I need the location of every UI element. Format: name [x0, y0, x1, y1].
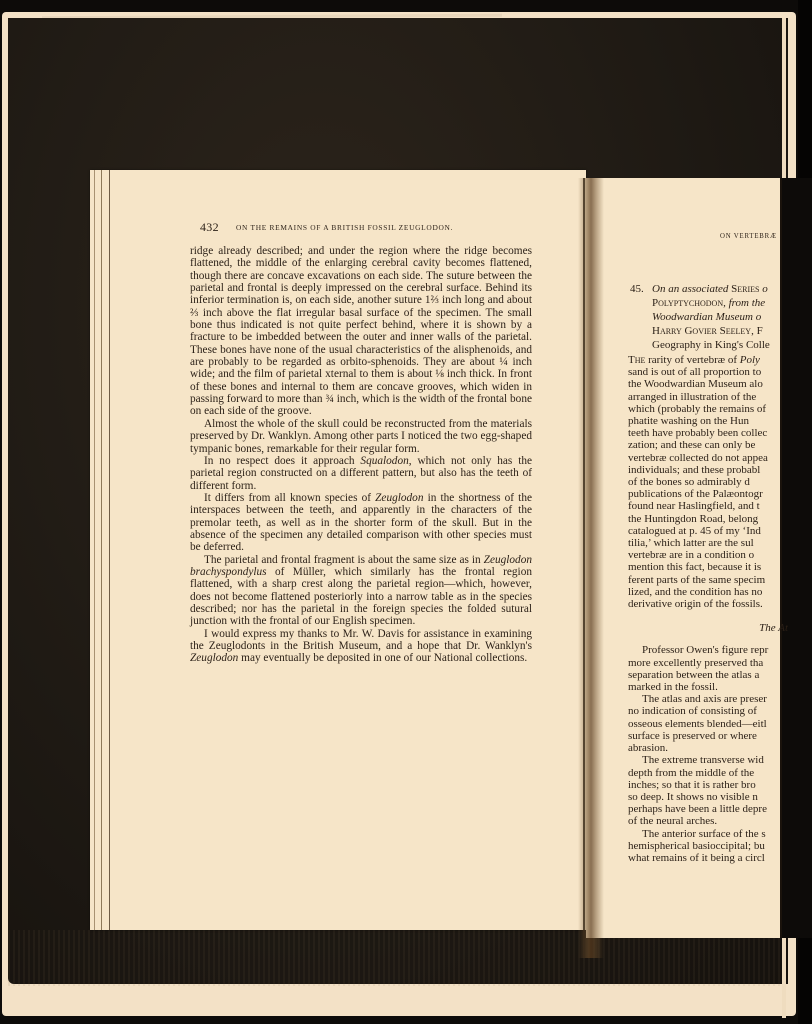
text-run: arranged in illustration of the	[628, 391, 756, 403]
text-run: teeth have probably been collec	[628, 427, 767, 439]
text-run: derivative origin of the fossils.	[628, 598, 763, 610]
title-line: Geography in King's Colle	[630, 338, 780, 352]
text-line: vertebræ are in a condition o	[628, 549, 788, 561]
text-run: of the bones so admirably d	[628, 476, 750, 488]
text-line: The anterior surface of the s	[628, 828, 788, 840]
text-run: On an associated	[652, 283, 731, 295]
text-run: more excellently preserved tha	[628, 657, 763, 669]
board-texture	[8, 930, 788, 986]
italic-text: Squalodon	[360, 455, 408, 467]
text-run: phatite washing on the Hun	[628, 415, 749, 427]
text-run: Harry Govier Seeley	[652, 325, 751, 337]
text-run: The anterior surface of the s	[642, 828, 766, 840]
section-heading: The At	[628, 622, 788, 634]
text-line: surface is preserved or where	[628, 730, 788, 742]
page-number: 432	[200, 220, 219, 235]
paragraph: The parietal and frontal fragment is abo…	[190, 554, 532, 628]
text-line: marked in the fossil.	[628, 681, 788, 693]
text-run: The parietal and frontal fragment is abo…	[204, 554, 484, 566]
text-run: ferent parts of the same specim	[628, 574, 765, 586]
article-title: 45.On an associated Series oPolyptychodo…	[630, 282, 780, 352]
paragraph: I would express my thanks to Mr. W. Davi…	[190, 628, 532, 665]
text-run: publications of the Palæontogr	[628, 488, 763, 500]
gutter-fold	[583, 178, 585, 958]
text-run: the Huntingdon Road, belong	[628, 513, 758, 525]
text-line: phatite washing on the Hun	[628, 415, 788, 427]
text-run: Woodwardian Museum o	[652, 311, 761, 323]
text-run: so deep. It shows no visible n	[628, 791, 758, 803]
text-line: what remains of it being a circl	[628, 852, 788, 864]
text-line: the Woodwardian Museum alo	[628, 378, 788, 390]
text-line: depth from the middle of the	[628, 767, 788, 779]
paragraph: ridge already described; and under the r…	[190, 245, 532, 418]
text-run: abrasion.	[628, 742, 668, 754]
text-line: tilia,’ which latter are the sul	[628, 537, 788, 549]
right-running-head: ON VERTEBRÆ	[720, 233, 777, 240]
text-run: Series	[731, 283, 759, 295]
running-head: ON THE REMAINS OF A BRITISH FOSSIL ZEUGL…	[236, 223, 453, 232]
text-line: of the neural arches.	[628, 815, 788, 827]
text-line: separation between the atlas a	[628, 669, 788, 681]
book-gutter	[578, 178, 604, 958]
text-line: ferent parts of the same specim	[628, 574, 788, 586]
text-line: no indication of consisting of	[628, 705, 788, 717]
text-line: perhaps have been a little depre	[628, 803, 788, 815]
text-line: catalogued at p. 45 of my ‘Ind	[628, 525, 788, 537]
italic-text: Zeuglodon	[190, 652, 238, 664]
title-line: Woodwardian Museum o	[630, 310, 780, 324]
italic-text: Zeuglodon	[375, 492, 423, 504]
text-line: The extreme transverse wid	[628, 754, 788, 766]
text-line: individuals; and these probabl	[628, 464, 788, 476]
text-run: zation; and these can only be	[628, 439, 755, 451]
title-line: 45.On an associated Series o	[630, 282, 780, 296]
text-run: lized, and the condition has no	[628, 586, 762, 598]
text-run: what remains of it being a circl	[628, 852, 765, 864]
text-run: marked in the fossil.	[628, 681, 718, 693]
text-line: Professor Owen's figure repr	[628, 644, 788, 656]
text-run: I would express my thanks to Mr. W. Davi…	[190, 628, 532, 652]
page-stack-edges	[94, 170, 110, 930]
text-run: which (probably the remains of	[628, 403, 766, 415]
paragraph: Almost the whole of the skull could be r…	[190, 418, 532, 455]
text-run: the Woodwardian Museum alo	[628, 378, 763, 390]
text-run: Polyptychodon	[652, 297, 723, 309]
text-line: abrasion.	[628, 742, 788, 754]
text-run: depth from the middle of the	[628, 767, 754, 779]
text-run: Geography in King's Colle	[652, 339, 770, 351]
text-line: found near Haslingfield, and t	[628, 500, 788, 512]
text-run: ridge already described; and under the r…	[190, 245, 532, 417]
text-run: catalogued at p. 45 of my ‘Ind	[628, 525, 761, 537]
text-line: The atlas and axis are preser	[628, 693, 788, 705]
text-run: no indication of consisting of	[628, 705, 757, 717]
text-line: vertebræ collected do not appea	[628, 452, 788, 464]
text-run: rarity of vertebræ of	[645, 354, 739, 366]
paragraph: It differs from all known species of Zeu…	[190, 492, 532, 554]
text-line: mention this fact, because it is	[628, 561, 788, 573]
text-run: found near Haslingfield, and t	[628, 500, 760, 512]
text-run: perhaps have been a little depre	[628, 803, 767, 815]
right-page-body: The rarity of vertebræ of Polysand is ou…	[628, 354, 788, 864]
text-line: sand is out of all proportion to	[628, 366, 788, 378]
text-line: inches; so that it is rather bro	[628, 779, 788, 791]
paragraph: In no respect does it approach Squalodon…	[190, 455, 532, 492]
left-page-body: ridge already described; and under the r…	[190, 245, 532, 665]
title-line: Polyptychodon, from the	[630, 296, 780, 310]
text-line: the Huntingdon Road, belong	[628, 513, 788, 525]
text-run: , from the	[723, 297, 765, 309]
text-line: lized, and the condition has no	[628, 586, 788, 598]
text-line: which (probably the remains of	[628, 403, 788, 415]
text-run: hemispherical basioccipital; bu	[628, 840, 765, 852]
text-line: The rarity of vertebræ of Poly	[628, 354, 788, 366]
text-run: , F	[751, 325, 763, 337]
text-run: The extreme transverse wid	[642, 754, 764, 766]
text-line: of the bones so admirably d	[628, 476, 788, 488]
title-line: Harry Govier Seeley, F	[630, 324, 780, 338]
left-page-header: 432 ON THE REMAINS OF A BRITISH FOSSIL Z…	[200, 220, 530, 236]
text-run: It differs from all known species of	[204, 492, 375, 504]
text-run: Almost the whole of the skull could be r…	[190, 418, 532, 455]
text-run: Poly	[740, 354, 760, 366]
text-run: Professor Owen's figure repr	[642, 644, 768, 656]
text-run: separation between the atlas a	[628, 669, 759, 681]
text-run: mention this fact, because it is	[628, 561, 761, 573]
text-line: hemispherical basioccipital; bu	[628, 840, 788, 852]
text-run: may eventually be deposited in one of ou…	[238, 652, 527, 664]
text-run: vertebræ collected do not appea	[628, 452, 768, 464]
text-line: zation; and these can only be	[628, 439, 788, 451]
article-number: 45.	[630, 282, 652, 296]
text-line: derivative origin of the fossils.	[628, 598, 788, 610]
text-line: arranged in illustration of the	[628, 391, 788, 403]
text-line: osseous elements blended—eitl	[628, 718, 788, 730]
text-run: osseous elements blended—eitl	[628, 718, 767, 730]
text-run: The	[628, 354, 645, 366]
text-run: vertebræ are in a condition o	[628, 549, 754, 561]
text-line: so deep. It shows no visible n	[628, 791, 788, 803]
text-run: In no respect does it approach	[204, 455, 360, 467]
text-line: publications of the Palæontogr	[628, 488, 788, 500]
text-run: surface is preserved or where	[628, 730, 757, 742]
text-run: sand is out of all proportion to	[628, 366, 761, 378]
text-run: tilia,’ which latter are the sul	[628, 537, 754, 549]
text-run: individuals; and these probabl	[628, 464, 760, 476]
text-run: The atlas and axis are preser	[642, 693, 767, 705]
text-run: o	[759, 283, 767, 295]
text-run: inches; so that it is rather bro	[628, 779, 756, 791]
text-line: more excellently preserved tha	[628, 657, 788, 669]
text-run: of the neural arches.	[628, 815, 717, 827]
text-line: teeth have probably been collec	[628, 427, 788, 439]
